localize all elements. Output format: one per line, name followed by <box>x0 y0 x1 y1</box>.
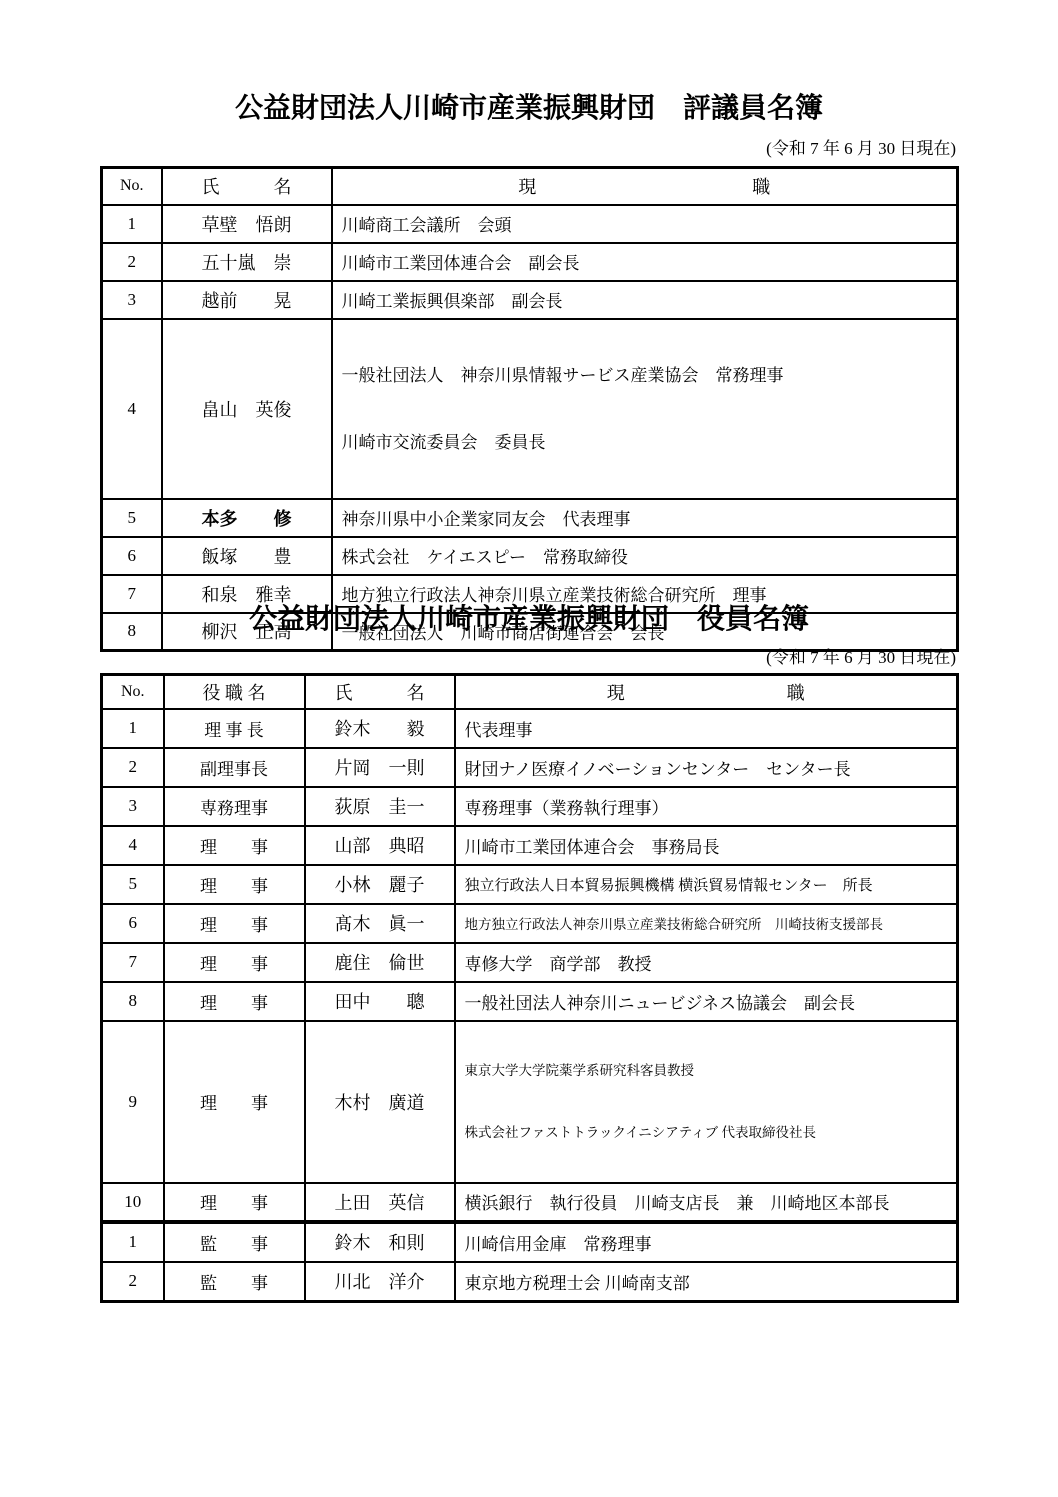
member-position: 神奈川県中小企業家同友会 代表理事 <box>332 499 958 537</box>
row-no: 2 <box>102 1262 164 1302</box>
officer-role: 理 事 <box>164 1183 305 1222</box>
officer-name: 髙木 眞一 <box>305 904 455 943</box>
row-no: 6 <box>102 537 162 575</box>
row-no: 1 <box>102 1222 164 1262</box>
member-position: 川崎工業振興倶楽部 副会長 <box>332 281 958 319</box>
officer-role: 理 事 <box>164 865 305 904</box>
table-row: 6 理 事 髙木 眞一 地方独立行政法人神奈川県立産業技術総合研究所 川崎技術支… <box>102 904 958 943</box>
header-position: 現 職 <box>455 675 958 709</box>
table-row: 6 飯塚 豊 株式会社 ケイエスピー 常務取締役 <box>102 537 958 575</box>
member-name: 越前 晃 <box>162 281 332 319</box>
officer-name: 川北 洋介 <box>305 1262 455 1302</box>
row-no: 6 <box>102 904 164 943</box>
header-no: No. <box>102 168 162 205</box>
officer-role: 理 事 <box>164 826 305 865</box>
position-line: 川崎市交流委員会 委員長 <box>342 429 948 456</box>
officer-position: 東京大学大学院薬学系研究科客員教授 株式会社ファストトラックイニシアティブ 代表… <box>455 1021 958 1183</box>
officer-role: 監 事 <box>164 1262 305 1302</box>
member-position: 一般社団法人 神奈川県情報サービス産業協会 常務理事 川崎市交流委員会 委員長 <box>332 319 958 499</box>
table-row: 4 理 事 山部 典昭 川崎市工業団体連合会 事務局長 <box>102 826 958 865</box>
table-row-auditor: 1 監 事 鈴木 和則 川崎信用金庫 常務理事 <box>102 1222 958 1262</box>
table-row: 7 理 事 鹿住 倫世 専修大学 商学部 教授 <box>102 943 958 982</box>
row-no: 5 <box>102 865 164 904</box>
officer-name: 鈴木 毅 <box>305 709 455 748</box>
member-position: 川崎商工会議所 会頭 <box>332 205 958 243</box>
officer-position: 横浜銀行 執行役員 川崎支店長 兼 川崎地区本部長 <box>455 1183 958 1222</box>
table-row: 9 理 事 木村 廣道 東京大学大学院薬学系研究科客員教授 株式会社ファストトラ… <box>102 1021 958 1183</box>
row-no: 4 <box>102 826 164 865</box>
table-row-auditor: 2 監 事 川北 洋介 東京地方税理士会 川崎南支部 <box>102 1262 958 1302</box>
officer-name: 鈴木 和則 <box>305 1222 455 1262</box>
councilor-roster-title: 公益財団法人川崎市産業振興財団 評議員名簿 <box>0 86 1058 126</box>
row-no: 3 <box>102 281 162 319</box>
officer-name: 荻原 圭一 <box>305 787 455 826</box>
officer-position: 専修大学 商学部 教授 <box>455 943 958 982</box>
header-name: 氏 名 <box>162 168 332 205</box>
officer-role: 理 事 <box>164 943 305 982</box>
document-page: 公益財団法人川崎市産業振興財団 評議員名簿 (令和 7 年 6 月 30 日現在… <box>0 0 1058 1497</box>
member-name: 畠山 英俊 <box>162 319 332 499</box>
member-position: 株式会社 ケイエスピー 常務取締役 <box>332 537 958 575</box>
header-no: No. <box>102 675 164 709</box>
table-row: 5 理 事 小林 麗子 独立行政法人日本貿易振興機構 横浜貿易情報センター 所長 <box>102 865 958 904</box>
position-line: 東京大学大学院薬学系研究科客員教授 <box>465 1056 948 1086</box>
row-no: 1 <box>102 205 162 243</box>
table-header-row: No. 氏 名 現 職 <box>102 168 958 205</box>
officer-name: 田中 聰 <box>305 982 455 1021</box>
table-row: 4 畠山 英俊 一般社団法人 神奈川県情報サービス産業協会 常務理事 川崎市交流… <box>102 319 958 499</box>
officer-position: 独立行政法人日本貿易振興機構 横浜貿易情報センター 所長 <box>455 865 958 904</box>
officer-role: 監 事 <box>164 1222 305 1262</box>
officer-position: 川崎信用金庫 常務理事 <box>455 1222 958 1262</box>
officer-role: 理 事 長 <box>164 709 305 748</box>
row-no: 8 <box>102 982 164 1021</box>
councilor-roster-date: (令和 7 年 6 月 30 日現在) <box>766 134 956 159</box>
officer-roster-title: 公益財団法人川崎市産業振興財団 役員名簿 <box>0 597 1058 637</box>
officer-role: 副理事長 <box>164 748 305 787</box>
row-no: 9 <box>102 1021 164 1183</box>
header-role: 役 職 名 <box>164 675 305 709</box>
row-no: 5 <box>102 499 162 537</box>
officer-position: 財団ナノ医療イノベーションセンター センター長 <box>455 748 958 787</box>
row-no: 7 <box>102 943 164 982</box>
member-name: 五十嵐 崇 <box>162 243 332 281</box>
officer-position: 代表理事 <box>455 709 958 748</box>
row-no: 2 <box>102 748 164 787</box>
table-row: 10 理 事 上田 英信 横浜銀行 執行役員 川崎支店長 兼 川崎地区本部長 <box>102 1183 958 1222</box>
table-row: 1 草壁 悟朗 川崎商工会議所 会頭 <box>102 205 958 243</box>
officer-position: 一般社団法人神奈川ニュービジネス協議会 副会長 <box>455 982 958 1021</box>
member-name: 草壁 悟朗 <box>162 205 332 243</box>
officer-position: 川崎市工業団体連合会 事務局長 <box>455 826 958 865</box>
table-row: 2 五十嵐 崇 川崎市工業団体連合会 副会長 <box>102 243 958 281</box>
officer-role: 理 事 <box>164 904 305 943</box>
table-row: 3 越前 晃 川崎工業振興倶楽部 副会長 <box>102 281 958 319</box>
row-no: 3 <box>102 787 164 826</box>
table-row: 3 専務理事 荻原 圭一 専務理事（業務執行理事） <box>102 787 958 826</box>
member-name: 飯塚 豊 <box>162 537 332 575</box>
officer-role: 理 事 <box>164 982 305 1021</box>
position-line: 株式会社ファストトラックイニシアティブ 代表取締役社長 <box>465 1118 948 1148</box>
officer-role: 理 事 <box>164 1021 305 1183</box>
table-row: 1 理 事 長 鈴木 毅 代表理事 <box>102 709 958 748</box>
header-name: 氏 名 <box>305 675 455 709</box>
officer-name: 上田 英信 <box>305 1183 455 1222</box>
header-position: 現 職 <box>332 168 958 205</box>
row-no: 4 <box>102 319 162 499</box>
table-row: 8 理 事 田中 聰 一般社団法人神奈川ニュービジネス協議会 副会長 <box>102 982 958 1021</box>
officer-name: 鹿住 倫世 <box>305 943 455 982</box>
table-header-row: No. 役 職 名 氏 名 現 職 <box>102 675 958 709</box>
row-no: 1 <box>102 709 164 748</box>
row-no: 2 <box>102 243 162 281</box>
officer-position: 東京地方税理士会 川崎南支部 <box>455 1262 958 1302</box>
row-no: 10 <box>102 1183 164 1222</box>
officer-role: 専務理事 <box>164 787 305 826</box>
councilor-roster-table: No. 氏 名 現 職 1 草壁 悟朗 川崎商工会議所 会頭 2 五十嵐 崇 川… <box>100 166 959 652</box>
officer-name: 小林 麗子 <box>305 865 455 904</box>
officer-position: 地方独立行政法人神奈川県立産業技術総合研究所 川崎技術支援部長 <box>455 904 958 943</box>
member-position: 川崎市工業団体連合会 副会長 <box>332 243 958 281</box>
table-row: 5 本多 修 神奈川県中小企業家同友会 代表理事 <box>102 499 958 537</box>
position-line: 一般社団法人 神奈川県情報サービス産業協会 常務理事 <box>342 362 948 389</box>
officer-name: 木村 廣道 <box>305 1021 455 1183</box>
officer-name: 片岡 一則 <box>305 748 455 787</box>
officer-position: 専務理事（業務執行理事） <box>455 787 958 826</box>
officer-name: 山部 典昭 <box>305 826 455 865</box>
officer-roster-date: (令和 7 年 6 月 30 日現在) <box>766 643 956 668</box>
table-row: 2 副理事長 片岡 一則 財団ナノ医療イノベーションセンター センター長 <box>102 748 958 787</box>
officer-roster-table: No. 役 職 名 氏 名 現 職 1 理 事 長 鈴木 毅 代表理事 2 副理… <box>100 673 959 1303</box>
member-name: 本多 修 <box>162 499 332 537</box>
